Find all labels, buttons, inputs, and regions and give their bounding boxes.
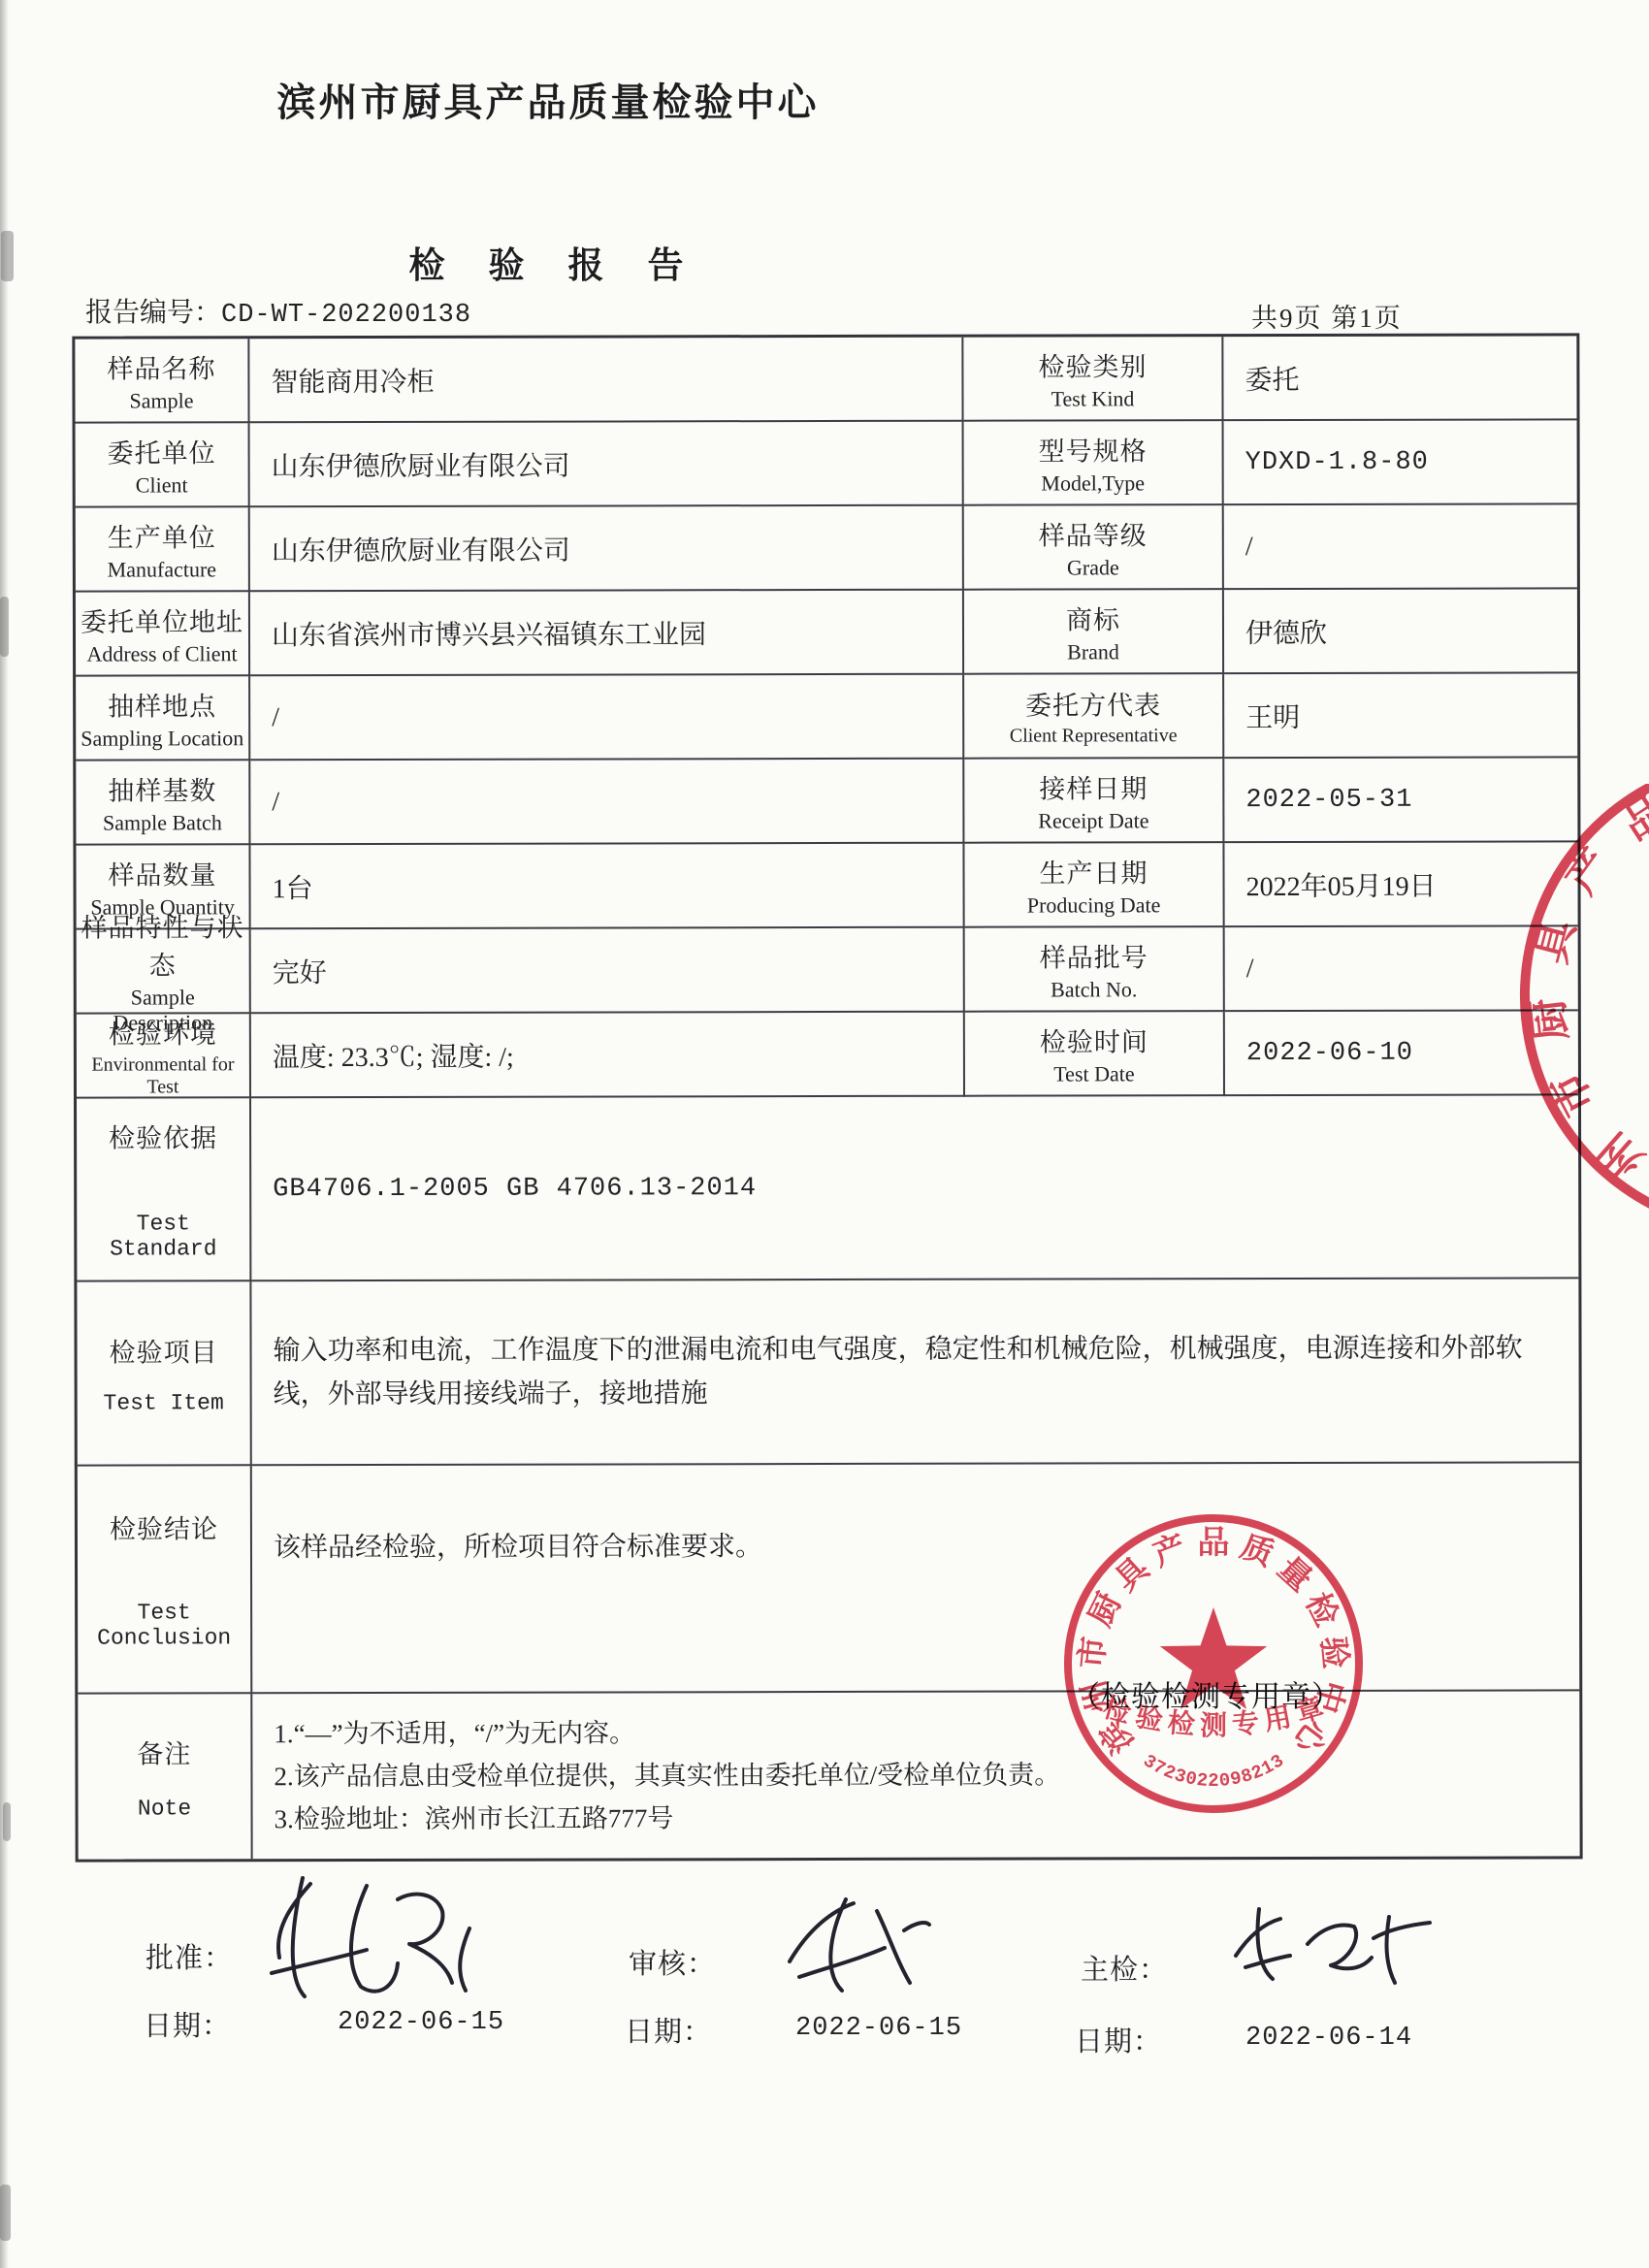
value-sample-quantity: 1台 <box>250 844 964 930</box>
scan-smudge <box>0 2185 11 2241</box>
value-client: 山东伊德欣厨业有限公司 <box>250 422 964 508</box>
approve-label: 批准： <box>145 1936 233 1976</box>
svg-text:专: 专 <box>1231 1706 1261 1740</box>
label-sample-batch: 抽样基数Sample Batch <box>76 761 250 845</box>
review-date-label: 日期： <box>625 2010 712 2050</box>
svg-text:验: 验 <box>1314 1635 1353 1669</box>
report-number-label: 报告编号： <box>85 298 221 328</box>
label-test-date: 检验时间Test Date <box>965 1012 1225 1097</box>
label-address-of-client: 委托单位地址Address of Client <box>76 592 250 676</box>
label-test-environment: 检验环境Environmental for Test <box>77 1014 251 1098</box>
review-signature <box>759 1890 933 2002</box>
svg-text:市: 市 <box>1074 1635 1113 1669</box>
edge-seal-stamp: 滨州市厨具产品质量检验中心3723022098213检验检测专用章 <box>1502 784 1649 1215</box>
scanned-report-page: 滨州市厨具产品质量检验中心 检 验 报 告 报告编号：CD-WT-2022001… <box>0 0 1649 2268</box>
value-sample: 智能商用冷柜 <box>249 338 963 424</box>
label-receipt-date: 接样日期Receipt Date <box>964 759 1224 844</box>
page-count: 共9页 第1页 <box>1251 297 1403 335</box>
svg-text:质: 质 <box>1236 1529 1278 1573</box>
svg-text:市: 市 <box>1542 1064 1604 1124</box>
svg-text:验: 验 <box>1133 1701 1165 1737</box>
svg-text:产: 产 <box>1557 840 1620 902</box>
value-test-item: 输入功率和电流，工作温度下的泄漏电流和电气强度，稳定性和机械危险，机械强度，电源… <box>251 1279 1578 1466</box>
label-producing-date: 生产日期Producing Date <box>964 843 1224 928</box>
label-test-item: 检验项目Test Item <box>77 1281 251 1466</box>
svg-text:州: 州 <box>1589 1123 1649 1187</box>
value-brand: 伊德欣 <box>1224 589 1577 674</box>
label-sample: 样品名称Sample <box>75 339 249 423</box>
inspect-date-label: 日期： <box>1075 2020 1162 2059</box>
value-test-conclusion: 该样品经检验，所检项目符合标准要求。 <box>252 1463 1579 1694</box>
label-test-standard: 检验依据Test Standard <box>77 1098 251 1281</box>
note-line-3: 3.检验地址：滨州市长江五路777号 <box>275 1800 674 1836</box>
label-brand: 商标Brand <box>964 590 1224 675</box>
scan-edge-shadow <box>0 0 9 2268</box>
report-number-value: CD-WT-202200138 <box>221 301 471 330</box>
label-sample-description: 样品特性与状态Sample Description <box>77 929 251 1014</box>
scan-smudge <box>0 597 9 657</box>
label-grade: 样品等级Grade <box>964 505 1224 591</box>
svg-text:品: 品 <box>1198 1525 1230 1561</box>
svg-text:测: 测 <box>1200 1710 1227 1741</box>
svg-text:2: 2 <box>1196 1769 1209 1792</box>
value-address-of-client: 山东省滨州市博兴县兴福镇东工业园 <box>250 591 964 677</box>
approve-date-label: 日期： <box>144 2004 231 2044</box>
value-grade: / <box>1224 504 1577 590</box>
svg-text:2: 2 <box>1208 1770 1218 1792</box>
label-manufacture: 生产单位Manufacture <box>76 507 250 592</box>
label-model-type: 型号规格Model,Type <box>964 421 1224 506</box>
value-client-representative: 王明 <box>1224 673 1577 759</box>
label-test-kind: 检验类别Test Kind <box>963 337 1223 422</box>
approve-signature <box>250 1868 493 2010</box>
label-sampling-location: 抽样地点Sampling Location <box>76 676 250 761</box>
inspect-label: 主检： <box>1081 1948 1168 1988</box>
edge-seal-clip: 滨州市厨具产品质量检验中心3723022098213检验检测专用章 <box>1502 784 1649 1215</box>
official-seal-stamp: 滨州市厨具产品质量检验中心3723022098213检验检测专用章 <box>1053 1504 1374 1824</box>
svg-text:具: 具 <box>1527 913 1584 968</box>
svg-text:厨: 厨 <box>1524 995 1576 1043</box>
label-batch-no: 样品批号Batch No. <box>965 927 1225 1013</box>
label-test-conclusion: 检验结论Test Conclusion <box>78 1466 252 1694</box>
review-label: 审核： <box>629 1942 716 1982</box>
scan-smudge <box>1 231 14 281</box>
value-model-type: YDXD-1.8-80 <box>1224 420 1577 505</box>
scan-smudge <box>3 1802 11 1841</box>
value-sample-description: 完好 <box>251 928 965 1015</box>
note-line-2: 2.该产品信息由受检单位提供，其真实性由委托单位/受检单位负责。 <box>274 1757 1060 1794</box>
value-sample-batch: / <box>250 760 964 846</box>
report-number: 报告编号：CD-WT-202200138 <box>85 291 471 330</box>
svg-text:用: 用 <box>1262 1701 1294 1737</box>
inspect-date-value: 2022-06-14 <box>1245 2024 1412 2053</box>
value-test-environment: 温度: 23.3℃; 湿度: /; <box>251 1013 965 1099</box>
value-test-standard: GB4706.1-2005 GB 4706.13-2014 <box>251 1095 1578 1281</box>
value-note: 1.“—”为不适用，“/”为无内容。 2.该产品信息由受检单位提供，其真实性由委… <box>252 1691 1579 1859</box>
label-client: 委托单位Client <box>76 423 250 507</box>
approve-date-value: 2022-06-15 <box>338 2008 504 2037</box>
note-line-1: 1.“—”为不适用，“/”为无内容。 <box>274 1715 635 1751</box>
value-test-kind: 委托 <box>1223 336 1576 421</box>
inspect-signature <box>1224 1897 1447 1991</box>
organization-title: 滨州市厨具产品质量检验中心 <box>160 72 936 127</box>
report-title: 检 验 报 告 <box>160 236 936 288</box>
value-sampling-location: / <box>250 675 964 761</box>
label-client-representative: 委托方代表Client Representative <box>964 674 1224 760</box>
label-note: 备注Note <box>78 1694 252 1859</box>
value-manufacture: 山东伊德欣厨业有限公司 <box>250 506 964 593</box>
svg-text:产: 产 <box>1148 1529 1191 1573</box>
review-date-value: 2022-06-15 <box>795 2014 962 2043</box>
svg-text:检: 检 <box>1166 1707 1196 1740</box>
